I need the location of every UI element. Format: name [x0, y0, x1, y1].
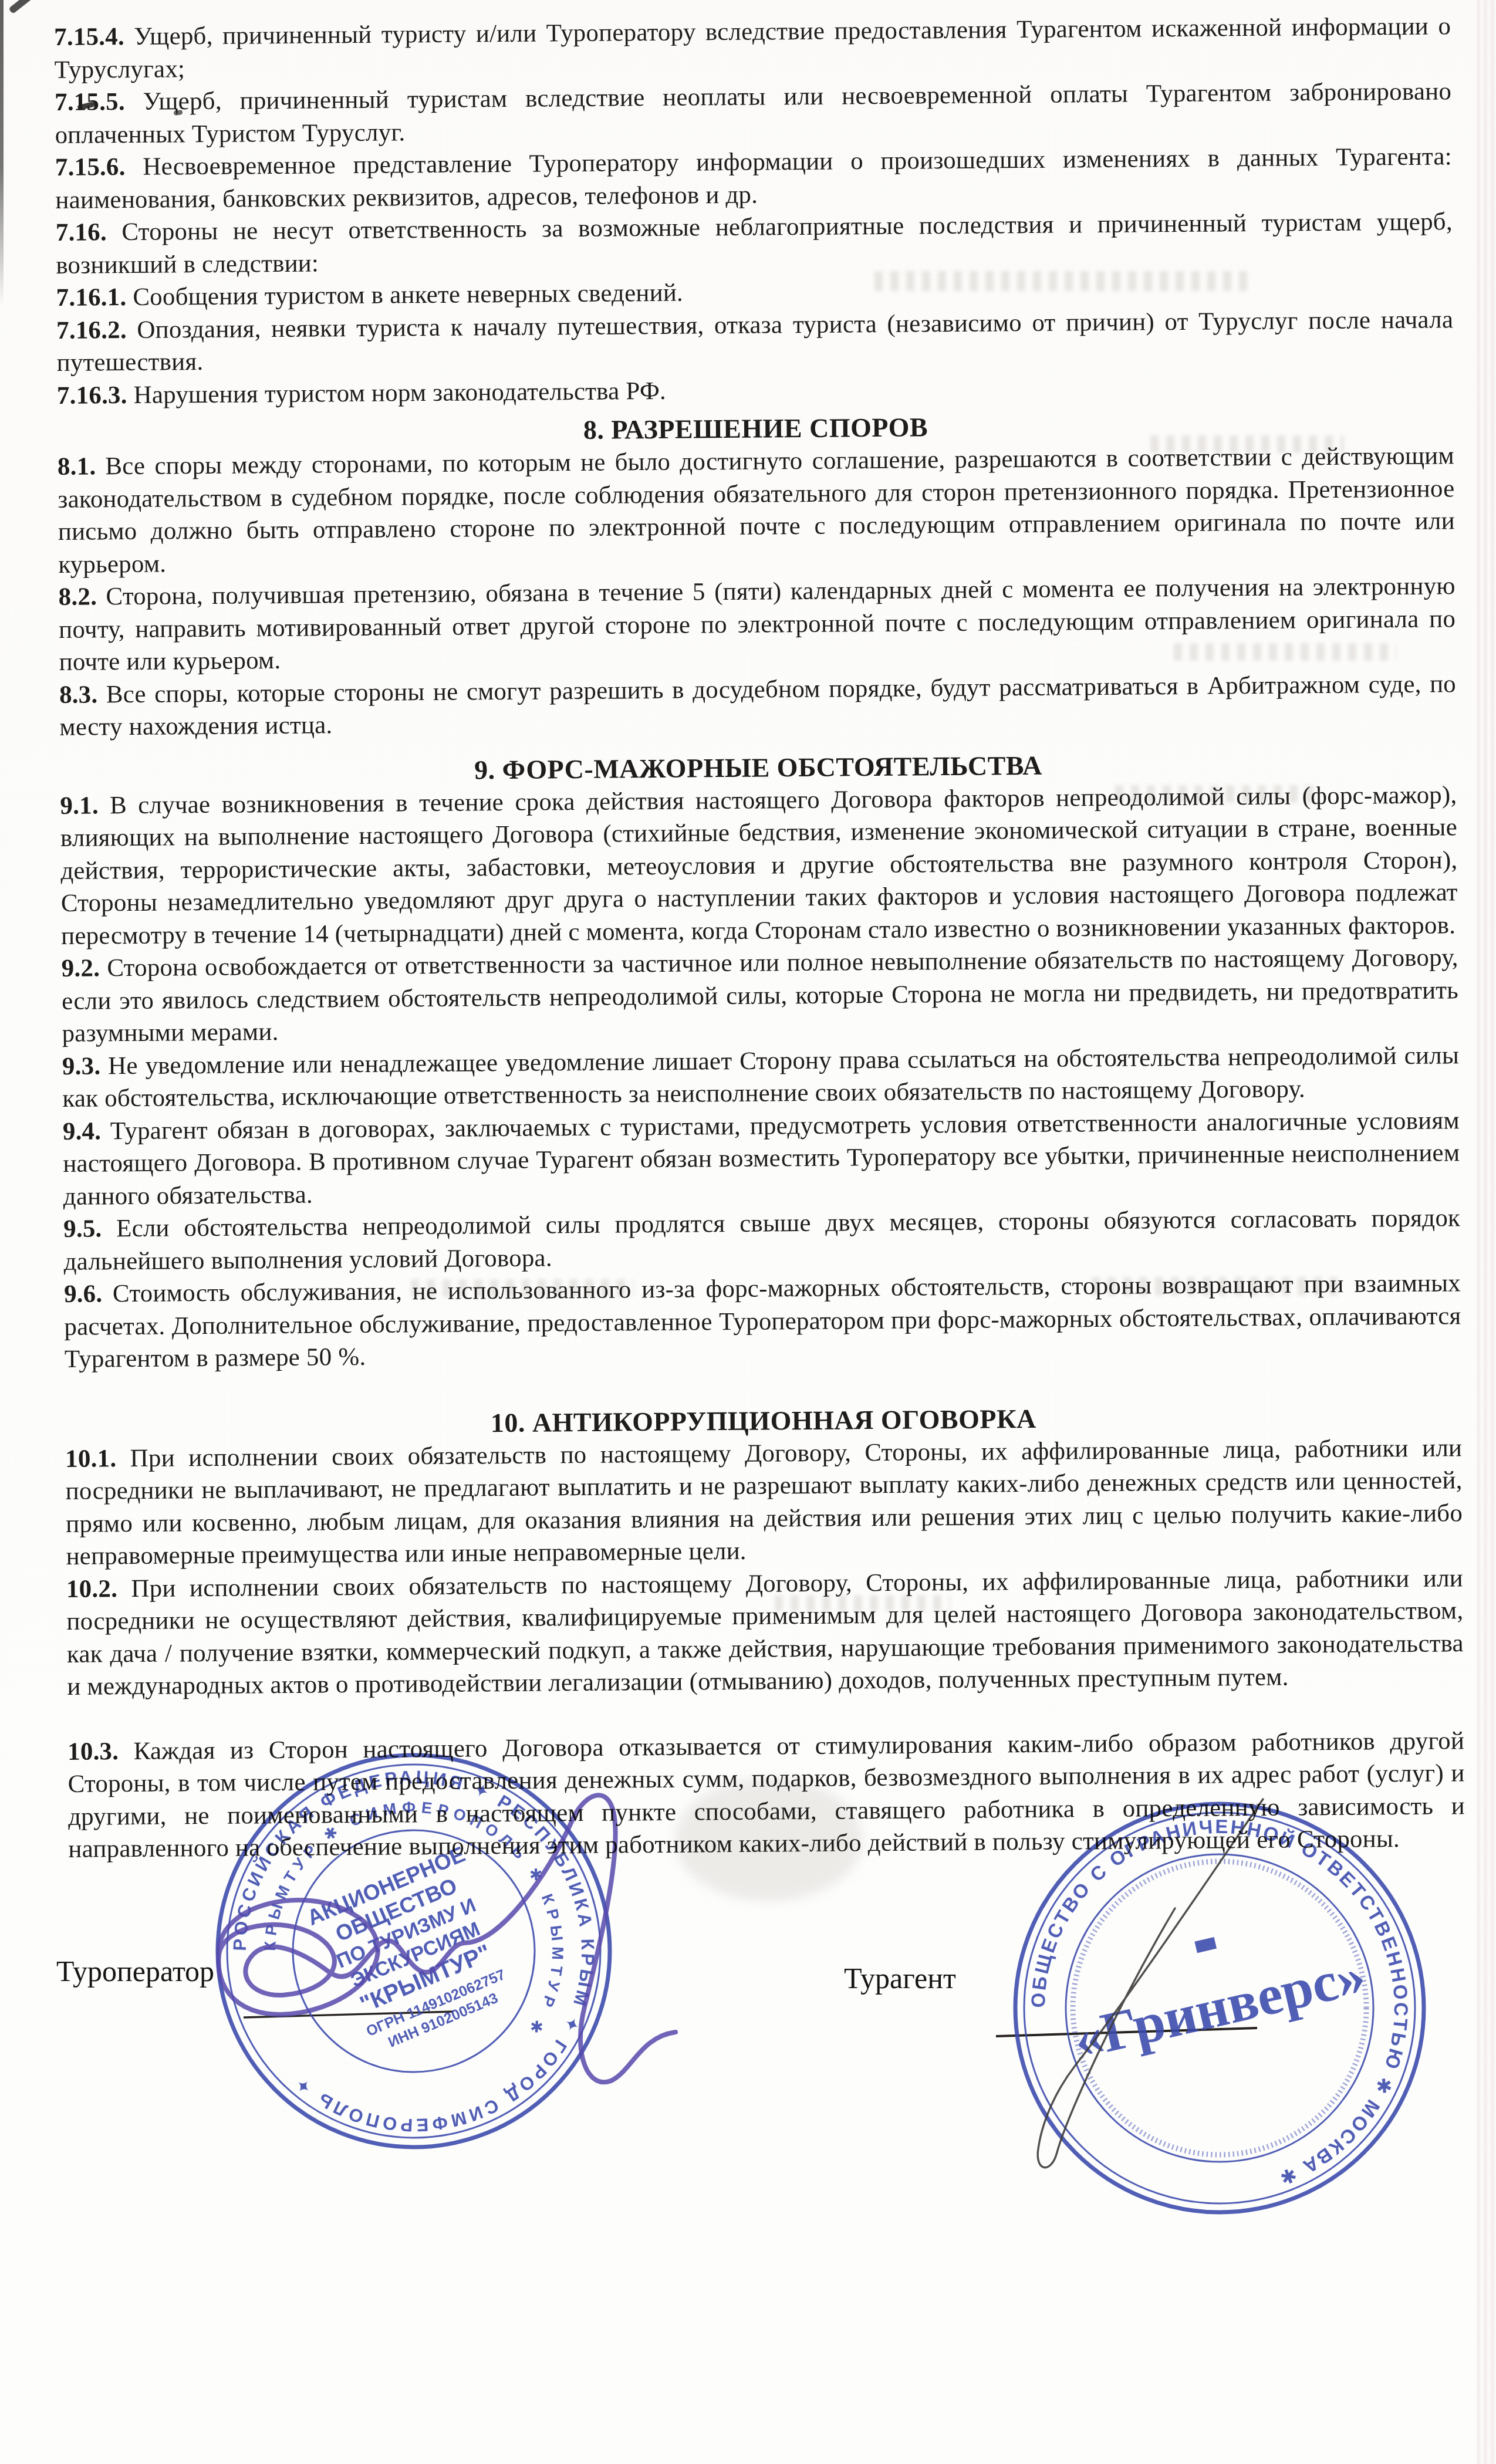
clause-10.1: 10.1. При исполнении своих обязательств … [65, 1432, 1463, 1573]
contract-text: 7.15.4. Ущерб, причиненный туристу и/или… [54, 10, 1465, 1865]
clause-number: 9.3. [62, 1052, 101, 1080]
clause-9.5: 9.5. Если обстоятельства непреодолимой с… [63, 1202, 1461, 1278]
clause-9.6: 9.6. Стоимость обслуживания, не использо… [64, 1267, 1461, 1375]
tour-operator-signature-line [244, 2012, 453, 2017]
stamp-inner-circle [1066, 1854, 1373, 2162]
clause-number: 10.1. [65, 1445, 116, 1473]
clause-number: 7.15.6. [55, 153, 126, 181]
clause-9.2: 9.2. Сторона освобождается от ответствен… [61, 941, 1458, 1050]
clause-number: 9.1. [60, 792, 99, 820]
clause-7.15.5: 7.15.5. Ущерб, причиненный туристам всле… [55, 75, 1452, 151]
clause-7.16: 7.16. Стороны не несут ответственность з… [56, 205, 1453, 282]
clause-number: 7.15.4. [54, 23, 124, 51]
clause-number: 9.6. [64, 1280, 103, 1308]
scan-corner-mark [8, 0, 39, 14]
grinvers-round-stamp: ОБЩЕСТВО С ОГРАНИЧЕННОЙ ОТВЕТСТВЕННОСТЬЮ… [1015, 1804, 1424, 2212]
clause-7.15.4: 7.15.4. Ущерб, причиненный туристу и/или… [54, 10, 1451, 86]
clause-8.1: 8.1. Все споры между сторонами, по котор… [58, 440, 1456, 581]
svg-text:"КРЫМТУР": "КРЫМТУР" [356, 1939, 495, 2017]
clause-number: 7.16. [56, 218, 107, 246]
stamp-ring-circle [1024, 1813, 1415, 2203]
clause-7.15.6: 7.15.6. Несвоевременное представление Ту… [55, 140, 1453, 217]
clause-9.4: 9.4. Турагент обязан в договорах, заключ… [63, 1104, 1460, 1213]
clause-number: 7.16.1. [56, 283, 127, 312]
svg-text:ОБЩЕСТВО: ОБЩЕСТВО [332, 1874, 460, 1946]
svg-text:ЭКСКУРСИЯМ: ЭКСКУРСИЯМ [347, 1918, 484, 1992]
travel-agent-label: Турагент [844, 1961, 956, 1995]
stamp-center-text: «Гринверс» [1059, 1906, 1371, 2070]
clause-number: 7.16.3. [57, 381, 127, 410]
clause-number: 7.16.2. [56, 316, 127, 344]
clause-number: 10.2. [66, 1575, 117, 1603]
scan-edge-artifact-left [0, 0, 4, 305]
clause-10.3: 10.3. Каждая из Сторон настоящего Догово… [67, 1725, 1465, 1866]
clause-number: 10.3. [67, 1738, 119, 1766]
clause-9.1: 9.1. В случае возникновения в течение ср… [60, 779, 1458, 952]
clause-8.2: 8.2. Сторона, получившая претензию, обяз… [58, 570, 1456, 678]
stamp-inn: ИНН 9102005143 [386, 1990, 500, 2051]
stamp-outer-circle [1015, 1804, 1424, 2212]
clause-number: 8.2. [59, 583, 97, 611]
clause-7.16.2: 7.16.2. Опоздания, неявки туриста к нача… [56, 303, 1454, 380]
svg-text:ПО ТУРИЗМУ И: ПО ТУРИЗМУ И [333, 1894, 479, 1973]
stamp-center-text: АКЦИОНЕРНОЕ ОБЩЕСТВО ПО ТУРИЗМУ И ЭКСКУР… [303, 1842, 524, 2061]
scanned-contract-page: { "document_kind": "scanned agency agree… [0, 0, 1496, 2464]
svg-text:«Гринверс»: «Гринверс» [1068, 1943, 1371, 2071]
stamp-microtext-ring [1073, 1861, 1366, 2155]
stamp-ogrn: ОГРН 1149102062757 [364, 1966, 508, 2040]
clause-8.3: 8.3. Все споры, которые стороны не смогу… [59, 668, 1457, 744]
stamp-inner-circle [293, 1830, 535, 2072]
clause-number: 7.15.5. [55, 88, 125, 116]
stamp-outer-ring-text: ОБЩЕСТВО С ОГРАНИЧЕННОЙ ОТВЕТСТВЕННОСТЬЮ… [1027, 1816, 1412, 2190]
scan-edge-artifact-right [1477, 0, 1496, 2464]
stamp-logo-mark [1194, 1937, 1217, 1953]
clause-9.3: 9.3. Не уведомление или ненадлежащее уве… [62, 1039, 1460, 1116]
clause-number: 8.1. [58, 452, 96, 481]
clause-number: 9.4. [63, 1117, 102, 1145]
clause-number: 9.5. [63, 1215, 102, 1243]
clause-number: 8.3. [59, 681, 98, 709]
tour-operator-label: Туроператор [56, 1954, 214, 1988]
travel-agent-signature-line [996, 2028, 1257, 2036]
clause-10.2: 10.2. При исполнении своих обязательств … [66, 1562, 1464, 1703]
clause-number: 9.2. [61, 954, 100, 982]
